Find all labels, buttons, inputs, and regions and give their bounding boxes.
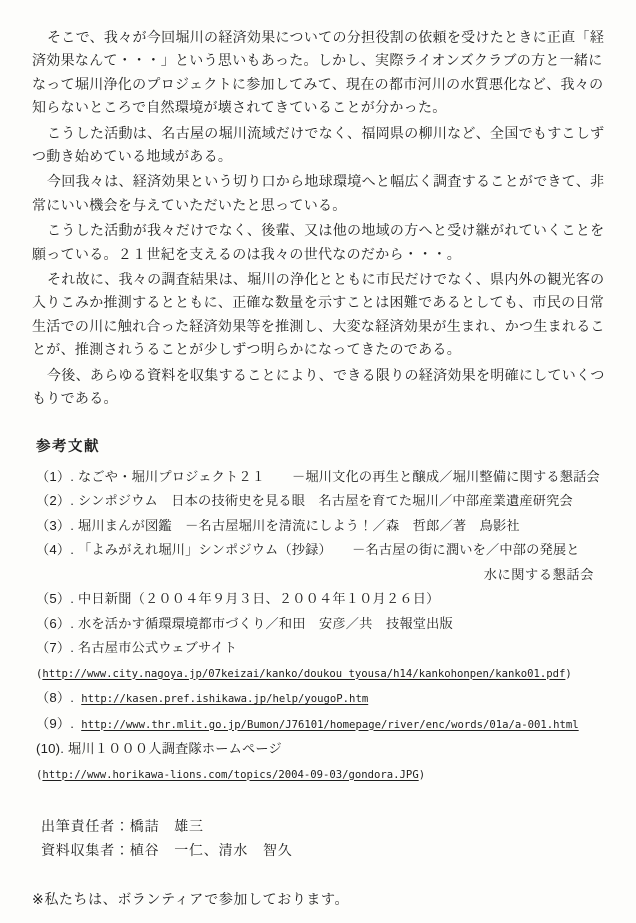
reference-url-line: (http://www.city.nagoya.jp/07keizai/kank… [36,661,606,687]
volunteer-footnote: ※私たちは、ボランティアで参加しております。 [32,888,606,910]
paragraph: そこで、我々が今回堀川の経済効果についての分担役割の依頼を受けたときに正直「経 … [32,26,606,120]
reference-number-label: （9）. [36,716,74,731]
reference-item: （4）. 「よみがえれ堀川」シンポジウム（抄録） －名古屋の街に潤いを／中部の発… [36,538,606,563]
body-text-line: それ故に、我々の調査結果は、堀川の浄化とともに市民だけでなく、県内外の観光客の [32,268,606,291]
references-heading: 参考文献 [36,435,606,459]
reference-item: （5）. 中日新聞（２００４年９月３日、２００４年１０月２６日） [36,587,606,612]
reference-item-continuation: 水に関する懇話会 [36,563,606,588]
body-text-line: つ動き始めている地域がある。 [32,145,606,168]
author-credit-line: 出筆責任者：橋詰 雄三 [41,815,606,839]
body-text-line: 知らないところで自然環境が壊されてきていることが分かった。 [32,96,606,119]
body-text-line: そこで、我々が今回堀川の経済効果についての分担役割の依頼を受けたときに正直「経 [32,26,606,49]
reference-number-label: （8）. [36,690,74,705]
reference-item: （2）. シンポジウム 日本の技術史を見る眼 名古屋を育てた堀川／中部産業遺産研… [36,489,606,514]
scanned-document-page: そこで、我々が今回堀川の経済効果についての分担役割の依頼を受けたときに正直「経 … [0,0,636,923]
reference-url-line: (http://www.horikawa-lions.com/topics/20… [36,762,606,788]
body-text-line: なって堀川浄化のプロジェクトに参加してみて、現在の都市河川の水質悪化など、我々の [32,73,606,96]
reference-item: （6）. 水を活かす循環環境都市づくり／和田 安彦／共 技報堂出版 [36,612,606,637]
body-text-line: 入りこみか推測するとともに、正確な数量を示すことは困難であるとしても、市民の日常 [32,291,606,314]
paragraph: 今回我々は、経済効果という切り口から地球環境へと幅広く調査することができて、非 … [32,170,606,217]
paren-close: ) [419,769,425,781]
reference-item: （1）. なごや・堀川プロジェクト２１ －堀川文化の再生と醸成／堀川整備に関する… [36,465,606,490]
body-text-line: 今後、あらゆる資料を収集することにより、できる限りの経済効果を明確にしていくつ [32,364,606,387]
credits-section: 出筆責任者：橋詰 雄三 資料収集者：植谷 一仁、清水 智久 [32,815,606,862]
body-text-line: こうした活動が我々だけでなく、後輩、又は他の地域の方へと受け継がれていくことを [32,219,606,242]
body-text-line: 願っている。２１世紀を支えるのは我々の世代なのだから・・・。 [32,243,606,266]
body-text-line: 今回我々は、経済効果という切り口から地球環境へと幅広く調査することができて、非 [32,170,606,193]
reference-url-link[interactable]: http://kasen.pref.ishikawa.jp/help/yougo… [81,693,368,705]
reference-item: （9）.http://www.thr.mlit.go.jp/Bumon/J761… [36,712,606,738]
paragraph: こうした活動は、名古屋の堀川流域だけでなく、福岡県の柳川など、全国でもすこしず … [32,122,606,169]
paragraph: それ故に、我々の調査結果は、堀川の浄化とともに市民だけでなく、県内外の観光客の … [32,268,606,362]
reference-url-link[interactable]: http://www.thr.mlit.go.jp/Bumon/J76101/h… [81,719,578,731]
paren-close: ) [565,668,571,680]
references-section: 参考文献 （1）. なごや・堀川プロジェクト２１ －堀川文化の再生と醸成／堀川整… [32,435,606,788]
reference-url-link[interactable]: http://www.horikawa-lions.com/topics/200… [42,769,418,781]
paragraph: こうした活動が我々だけでなく、後輩、又は他の地域の方へと受け継がれていくことを … [32,219,606,266]
body-text-line: 生活での川に触れ合った経済効果等を推測し、大変な経済効果が生まれ、かつ生まれるこ [32,315,606,338]
reference-url-link[interactable]: http://www.city.nagoya.jp/07keizai/kanko… [42,668,565,680]
reference-item: （8）.http://kasen.pref.ishikawa.jp/help/y… [36,686,606,712]
body-text-line: とが、推測されうることが少しずつ明らかになってきたのである。 [32,338,606,361]
body-text-line: 済効果なんて・・・」という思いもあった。しかし、実際ライオンズクラブの方と一緒に [32,49,606,72]
paragraph: 今後、あらゆる資料を収集することにより、できる限りの経済効果を明確にしていくつ … [32,364,606,411]
body-text-line: 常にいい機会を与えていただいたと思っている。 [32,194,606,217]
reference-item: （3）. 堀川まんが図鑑 －名古屋堀川を清流にしよう！／森 哲郎／著 鳥影社 [36,514,606,539]
body-text-line: もりである。 [32,387,606,410]
reference-item: (10). 堀川１０００人調査隊ホームページ [36,737,606,762]
body-text-line: こうした活動は、名古屋の堀川流域だけでなく、福岡県の柳川など、全国でもすこしず [32,122,606,145]
reference-item: （7）. 名古屋市公式ウェブサイト [36,636,606,661]
collector-credit-line: 資料収集者：植谷 一仁、清水 智久 [41,839,606,863]
